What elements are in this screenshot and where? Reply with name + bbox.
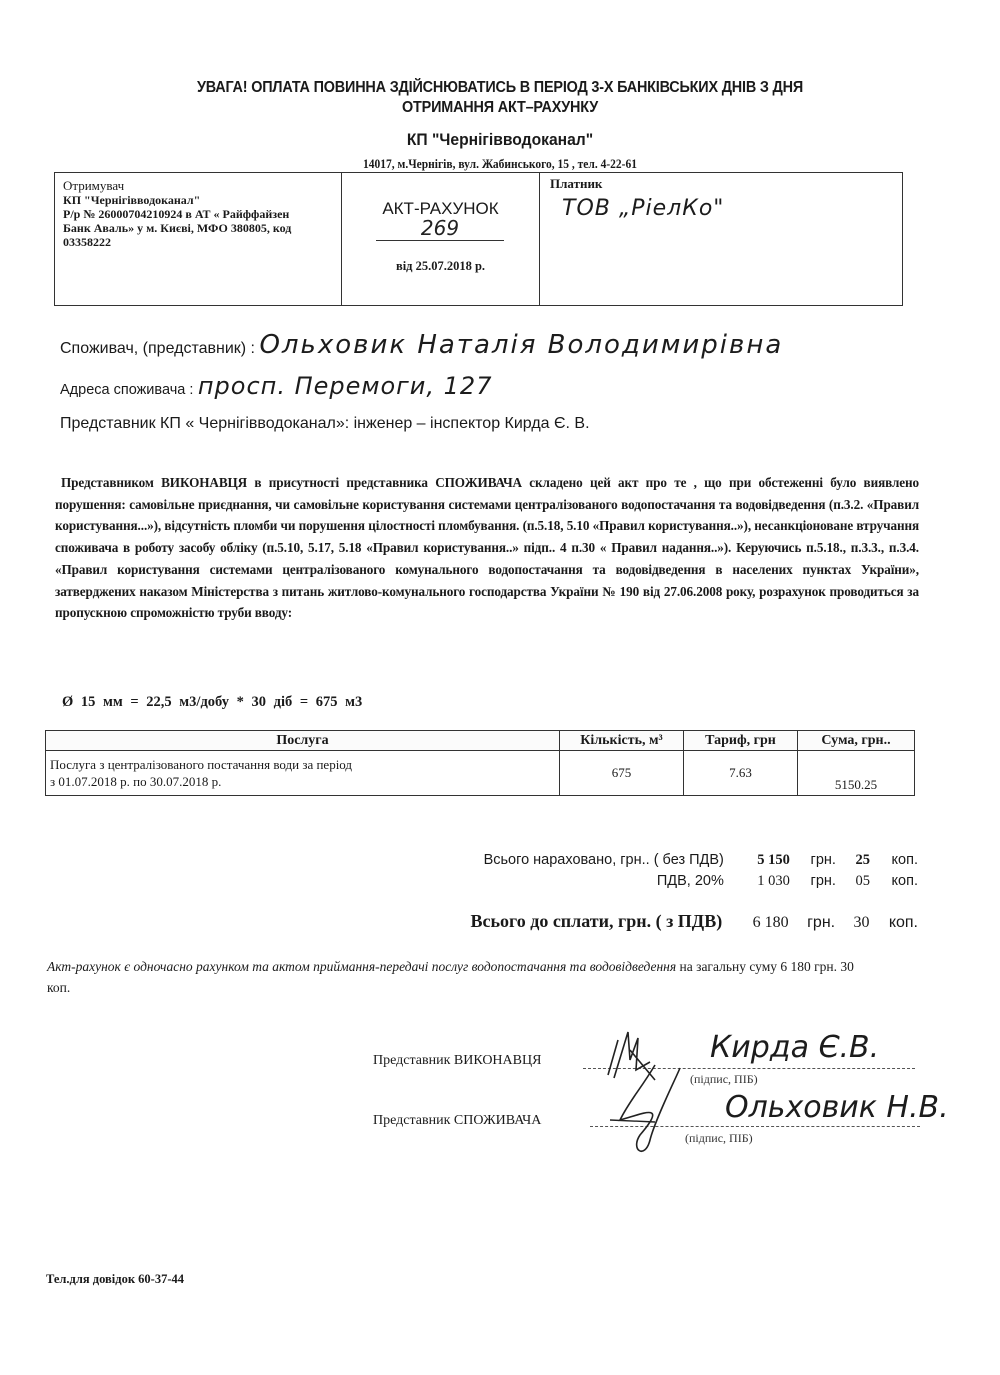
kop-unit: коп. [874, 852, 918, 868]
act-cell: АКТ-РАХУНОК 269 від 25.07.2018 р. [342, 173, 540, 305]
total-gross-uah: 6 180 [727, 914, 789, 932]
consumer-label: Споживач, (представник) : [60, 340, 255, 357]
act-date: від 25.07.2018 р. [342, 259, 539, 274]
recipient-line: Банк Аваль» у м. Києві, МФО 380805, код [63, 221, 333, 235]
total-gross-kop: 30 [840, 914, 870, 932]
warning-line-1: УВАГА! ОПЛАТА ПОВИННА ЗДІЙСНЮВАТИСЬ В ПЕ… [35, 78, 965, 98]
header-quantity: Кількість, м³ [560, 731, 684, 751]
payment-warning: УВАГА! ОПЛАТА ПОВИННА ЗДІЙСНЮВАТИСЬ В ПЕ… [35, 78, 965, 118]
recipient-title: Отримувач [63, 179, 333, 193]
warning-line-2: ОТРИМАННЯ АКТ–РАХУНКУ [35, 98, 965, 118]
service-line-1: Послуга з централізованого постачання во… [50, 756, 555, 773]
service-tariff: 7.63 [684, 751, 798, 796]
footer-phone: Тел.для довідок 60-37-44 [46, 1272, 184, 1287]
address-value: просп. Перемоги, 127 [198, 372, 493, 400]
consumer-handwritten-name: Ольховик Н.В. [725, 1090, 949, 1125]
uah-unit: грн. [794, 852, 836, 868]
organization-name: КП "Чернігівводоканал" [40, 130, 960, 150]
representative-line: Представник КП « Чернігівводоканал»: інж… [60, 415, 590, 433]
consumer-value: Ольховик Наталія Володимирівна [259, 330, 783, 360]
uah-unit: грн. [794, 873, 836, 889]
violation-paragraph: Представником ВИКОНАВЦЯ в присутності пр… [55, 472, 919, 624]
note-italic: Акт-рахунок є одночасно рахунком та акто… [47, 959, 676, 974]
executor-signature-label: Представник ВИКОНАВЦЯ [373, 1053, 541, 1069]
executor-handwritten-name: Кирда Є.В. [710, 1030, 879, 1065]
recipient-line: 03358222 [63, 235, 333, 249]
address-label: Адреса споживача : [60, 382, 193, 398]
total-gross-label: Всього до сплати, грн. ( з ПДВ) [470, 911, 722, 931]
vat-row: ПДВ, 20% 1 030 грн. 05 коп. [657, 873, 918, 890]
header-sum: Сума, грн.. [798, 731, 915, 751]
total-net-row: Всього нараховано, грн.. ( без ПДВ) 5 15… [484, 852, 918, 869]
kop-unit: коп. [874, 914, 918, 932]
uah-unit: грн. [793, 914, 835, 932]
service-quantity: 675 [560, 751, 684, 796]
payer-cell: Платник ТОВ „РіелКо" [540, 173, 902, 305]
act-number: 269 [376, 216, 504, 241]
vat-uah: 1 030 [728, 873, 790, 890]
consumer-signature-label: Представник СПОЖИВАЧА [373, 1113, 541, 1129]
kop-unit: коп. [874, 873, 918, 889]
total-net-uah: 5 150 [728, 852, 790, 869]
header-tariff: Тариф, грн [684, 731, 798, 751]
total-gross-row: Всього до сплати, грн. ( з ПДВ) 6 180 гр… [470, 911, 918, 932]
service-line-2: з 01.07.2018 р. по 30.07.2018 р. [50, 773, 555, 790]
vat-label: ПДВ, 20% [657, 873, 724, 889]
service-sum: 5150.25 [798, 751, 915, 796]
recipient-cell: Отримувач КП "Чернігівводоканал" Р/р № 2… [55, 173, 342, 305]
info-box: Отримувач КП "Чернігівводоканал" Р/р № 2… [54, 172, 903, 306]
service-description: Послуга з централізованого постачання во… [46, 751, 560, 796]
table-row: Послуга з централізованого постачання во… [46, 751, 915, 796]
payer-value: ТОВ „РіелКо" [562, 196, 892, 221]
total-net-kop: 25 [840, 852, 870, 869]
calculation-formula: Ø 15 мм = 22,5 м3/добу * 30 діб = 675 м3 [62, 694, 362, 711]
address-row: Адреса споживача : просп. Перемоги, 127 [60, 372, 492, 400]
recipient-line: КП "Чернігівводоканал" [63, 193, 333, 207]
vat-kop: 05 [840, 873, 870, 890]
recipient-line: Р/р № 26000704210924 в АТ « Райффайзен [63, 207, 333, 221]
service-table: Послуга Кількість, м³ Тариф, грн Сума, г… [45, 730, 915, 796]
total-net-label: Всього нараховано, грн.. ( без ПДВ) [484, 852, 724, 868]
acceptance-note: Акт-рахунок є одночасно рахунком та акто… [47, 956, 877, 998]
payer-label: Платник [550, 176, 892, 192]
consumer-row: Споживач, (представник) : Ольховик Натал… [60, 330, 783, 360]
signature-scribble-icon [600, 1020, 710, 1170]
header-service: Послуга [46, 731, 560, 751]
organization-address: 14017, м.Чернігів, вул. Жабинського, 15 … [40, 157, 960, 172]
table-header-row: Послуга Кількість, м³ Тариф, грн Сума, г… [46, 731, 915, 751]
